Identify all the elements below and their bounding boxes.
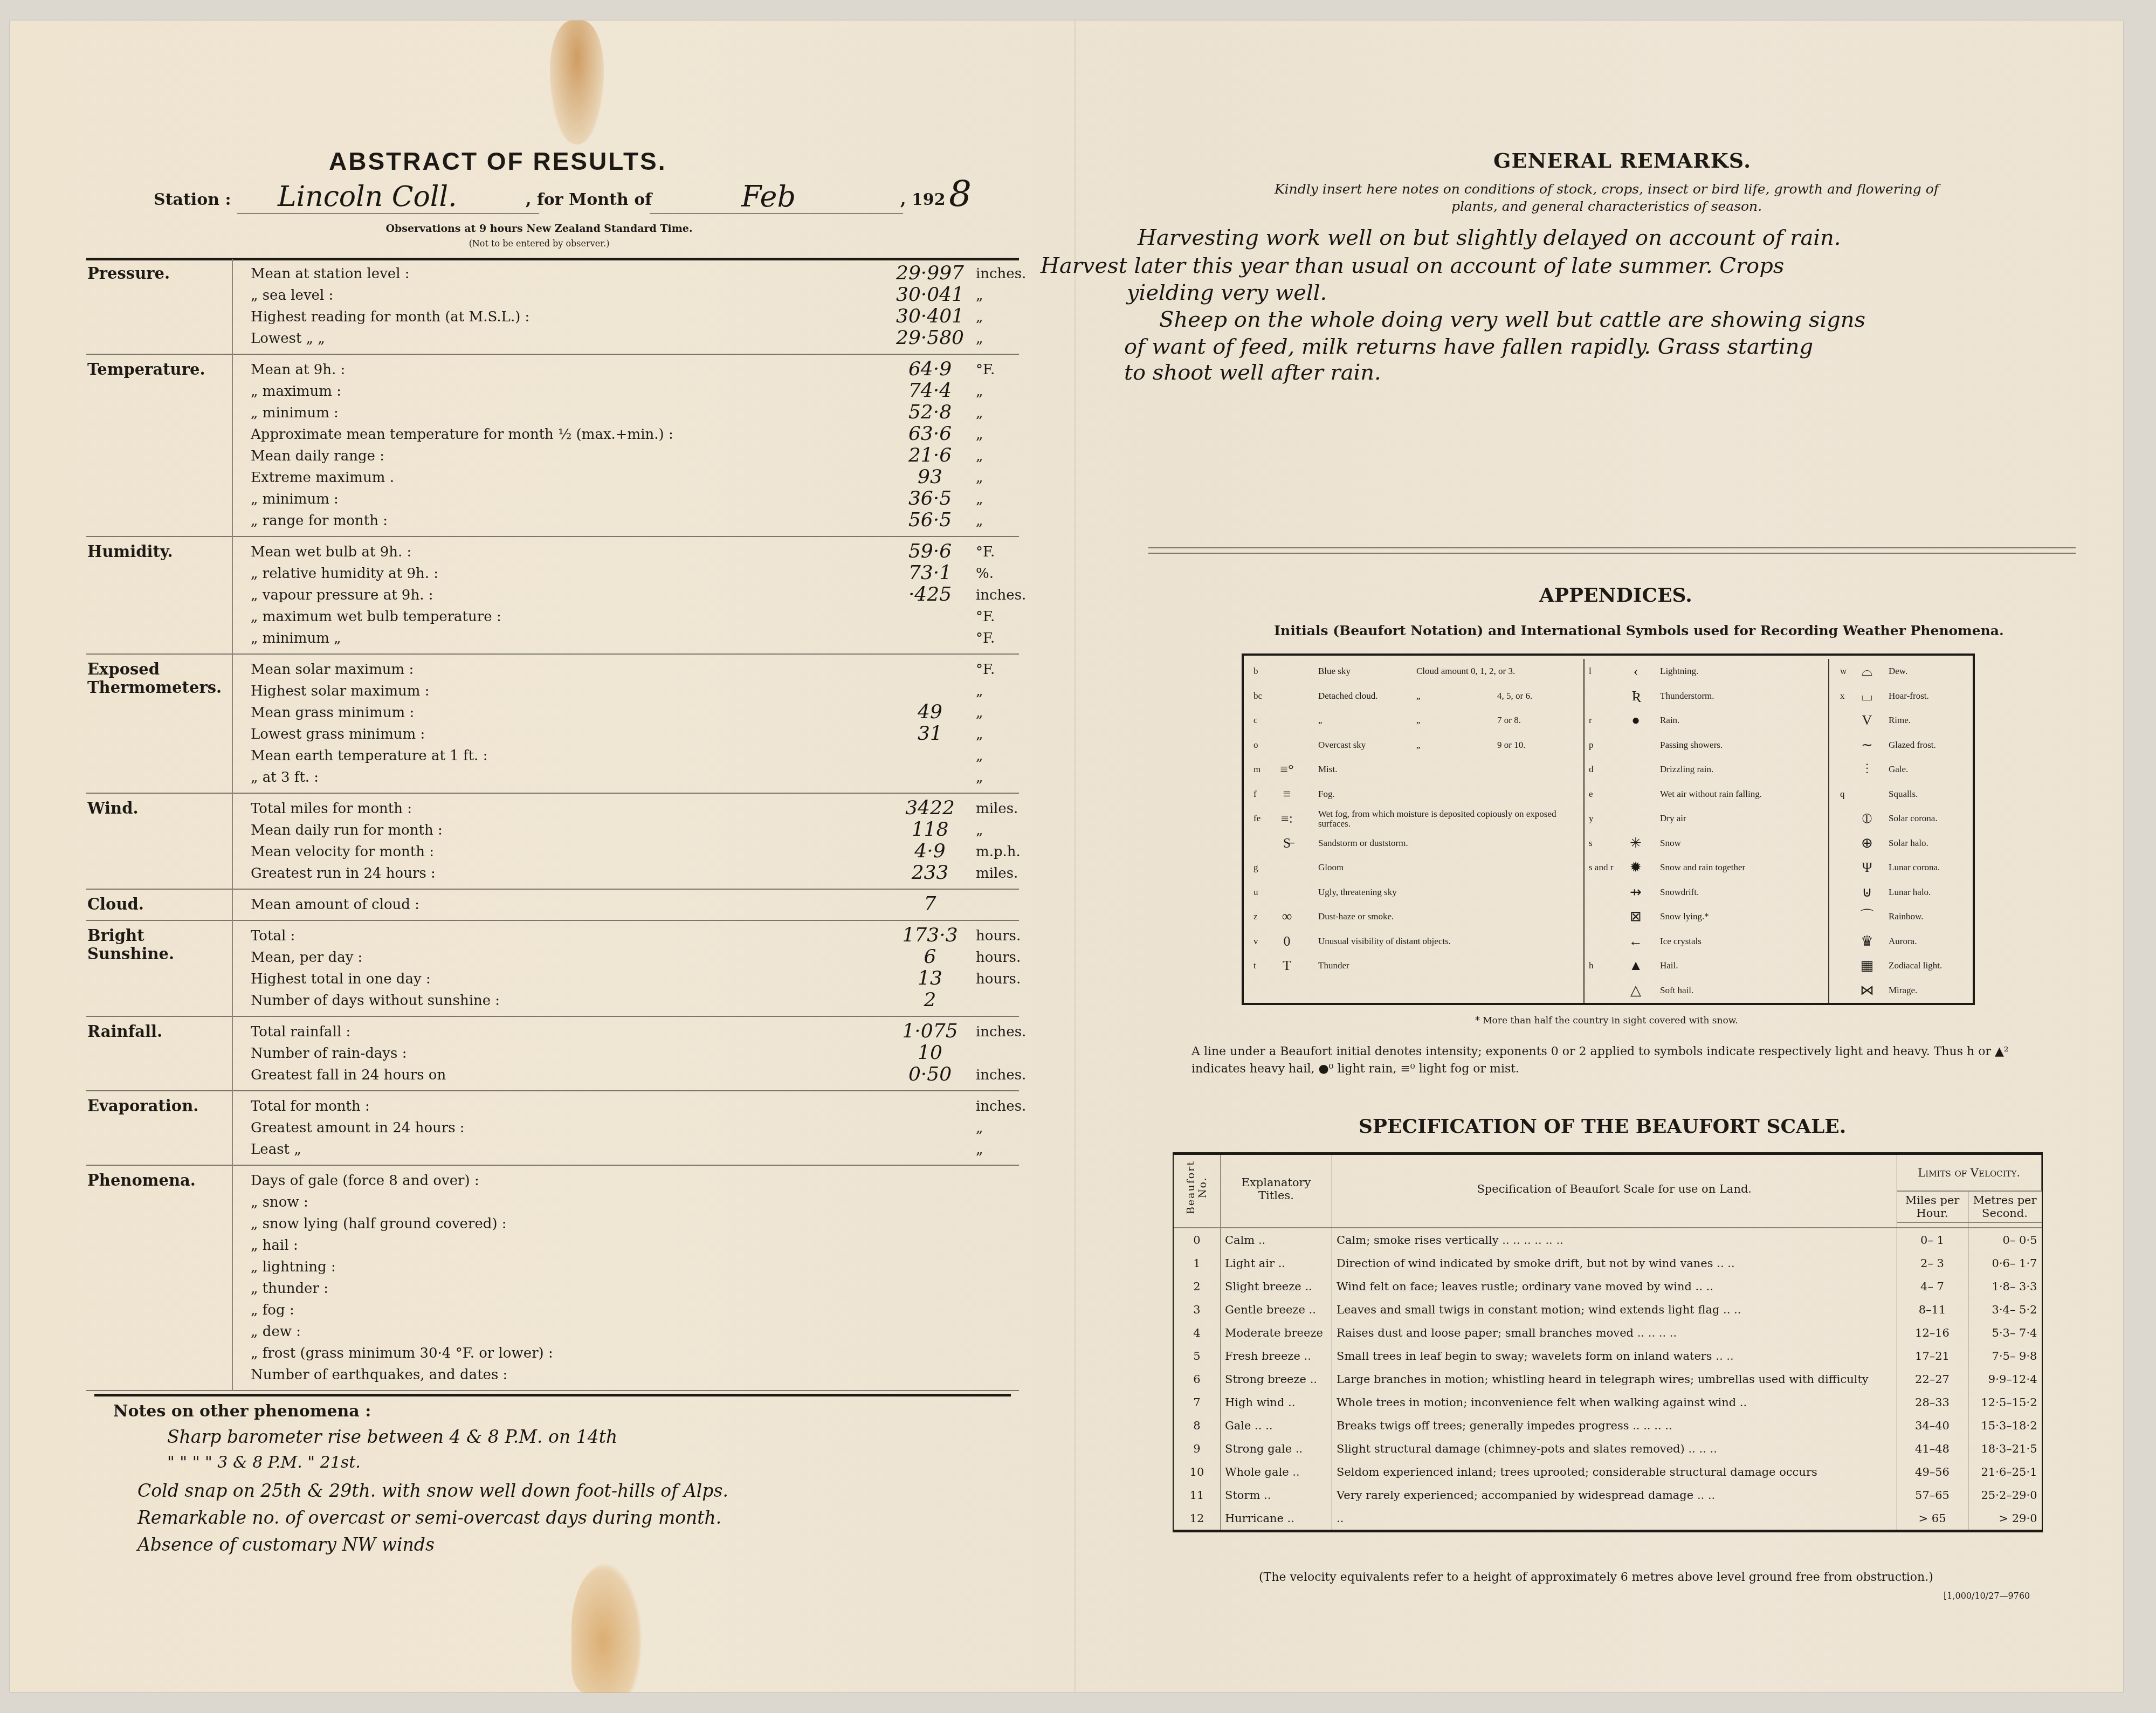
abstract-section: Wind.Total miles for month :3422miles.Me… (86, 794, 1019, 890)
abstract-row: Mean wet bulb at 9h. :59·6°F. (86, 541, 1019, 563)
symbol-description: Lightning. (1660, 659, 1698, 683)
symbol-description: Mirage. (1889, 978, 1917, 1002)
col-header-mps: Metres per Second. (1968, 1191, 2042, 1222)
abstract-row: Mean grass minimum :49„ (86, 702, 1019, 724)
row-label: Greatest amount in 24 hours : (251, 1117, 465, 1139)
row-label: „ minimum : (251, 489, 339, 510)
abstract-row: Least „„ (86, 1139, 1019, 1160)
beaufort-row: 1Light air ..Direction of wind indicated… (1174, 1251, 2042, 1275)
symbol-description: Soft hail. (1660, 978, 1693, 1002)
abstract-row: „ at 3 ft. :„ (86, 767, 1019, 788)
row-unit: „ (976, 745, 983, 767)
row-unit: inches. (976, 1096, 1026, 1117)
symbol-description: Snowdrift. (1660, 880, 1699, 904)
remarks-line[interactable]: yielding very well. (1127, 280, 1327, 305)
row-label: „ frost (grass minimum 30·4 °F. or lower… (251, 1343, 553, 1364)
symbol-row: w⌓Dew. (1829, 659, 1975, 684)
abstract-row: „ minimum „°F. (86, 628, 1019, 649)
row-unit: inches. (976, 1021, 1026, 1043)
hail-icon: ▲ (1622, 953, 1649, 978)
row-label: „ relative humidity at 9h. : (251, 563, 438, 584)
row-label: „ sea level : (251, 285, 333, 306)
beaufort-row: 5Fresh breeze ..Small trees in leaf begi… (1174, 1344, 2042, 1367)
beaufort-mps: 12·5–15·2 (1968, 1391, 2042, 1414)
symbol-description: Rainbow. (1889, 904, 1924, 928)
aurora-icon: ♛ (1854, 929, 1881, 953)
beaufort-initial: q (1840, 782, 1845, 806)
month-value[interactable]: Feb (741, 180, 796, 214)
beaufort-initial: bc (1253, 684, 1262, 708)
beaufort-row: 0Calm ..Calm; smoke rises vertically .. … (1174, 1228, 2042, 1251)
beaufort-row: 11Storm ..Very rarely experienced; accom… (1174, 1483, 2042, 1506)
abstract-row: „ sea level :30·041„ (86, 285, 1019, 306)
remarks-line[interactable]: Harvest later this year than usual on ac… (1041, 253, 1784, 278)
water-stain-top (550, 20, 604, 145)
abstract-row: Mean amount of cloud :7 (86, 894, 1019, 916)
snow-rain-icon: ✹ (1622, 855, 1649, 879)
beaufort-mps: 18·3–21·5 (1968, 1437, 2042, 1460)
symbol-row: △Soft hail. (1585, 978, 1828, 1003)
station-line: Station : Lincoln Coll. , for Month of F… (154, 186, 1016, 218)
notes-line[interactable]: " " " " 3 & 8 P.M. " 21st. (167, 1453, 361, 1472)
abstract-row: Days of gale (force 8 and over) : (86, 1170, 1019, 1192)
beaufort-number: 0 (1174, 1228, 1221, 1251)
row-value[interactable]: 29·997 (876, 263, 984, 284)
beaufort-title: Gale .. .. (1221, 1414, 1332, 1437)
abstract-section: Phenomena.Days of gale (force 8 and over… (86, 1166, 1019, 1391)
abstract-row: Mean earth temperature at 1 ft. :„ (86, 745, 1019, 767)
row-value[interactable]: 2 (876, 990, 984, 1010)
abstract-section: Temperature.Mean at 9h. :64·9°F.„ maximu… (86, 355, 1019, 537)
row-label: Highest reading for month (at M.S.L.) : (251, 306, 529, 328)
beaufort-spec: Small trees in leaf begin to sway; wavel… (1332, 1344, 1897, 1367)
row-value[interactable]: 93 (876, 467, 984, 487)
symbol-description: Ice crystals (1660, 929, 1702, 953)
symbol-row: dDrizzling rain. (1585, 757, 1828, 782)
row-label: Mean solar maximum : (251, 659, 414, 680)
symbol-description: Fog. (1318, 782, 1335, 806)
row-unit: „ (976, 702, 983, 724)
mist-icon: ≡° (1273, 757, 1300, 781)
abstract-row: Number of earthquakes, and dates : (86, 1364, 1019, 1386)
abstract-row: Number of rain-days :10 (86, 1043, 1019, 1064)
abstract-row: „ snow lying (half ground covered) : (86, 1213, 1019, 1235)
beaufort-number: 10 (1174, 1460, 1221, 1483)
row-value[interactable]: 29·580 (876, 328, 984, 348)
beaufort-initial: d (1589, 757, 1594, 781)
symbol-row: eWet air without rain falling. (1585, 782, 1828, 807)
row-value[interactable]: 4·9 (876, 841, 984, 862)
beaufort-spec: .. (1332, 1506, 1897, 1530)
symbol-row: s✳Snow (1585, 831, 1828, 856)
abstract-row: Mean, per day :6hours. (86, 947, 1019, 968)
row-value[interactable]: 30·041 (876, 285, 984, 305)
row-unit: „ (976, 1117, 983, 1139)
row-value[interactable]: 10 (876, 1043, 984, 1063)
row-value[interactable]: 3422 (876, 798, 984, 818)
row-value[interactable]: 63·6 (876, 424, 984, 444)
dew-icon: ⌓ (1854, 659, 1881, 683)
symbol-description: Hail. (1660, 953, 1678, 978)
abstract-section: Exposed Thermometers.Mean solar maximum … (86, 655, 1019, 794)
beaufort-number: 9 (1174, 1437, 1221, 1460)
beaufort-row: 9Strong gale ..Slight structural damage … (1174, 1437, 2042, 1460)
symbol-row: fe≡:Wet fog, from which moisture is depo… (1244, 806, 1583, 831)
remarks-line[interactable]: Sheep on the whole doing very well but c… (1159, 307, 1865, 332)
beaufort-spec: Whole trees in motion; inconvenience fel… (1332, 1391, 1897, 1414)
symbol-row: oOvercast sky„9 or 10. (1244, 733, 1583, 758)
row-label: „ range for month : (251, 510, 388, 532)
cloud-amount-range: 7 or 8. (1497, 708, 1521, 732)
not-entered-note: (Not to be entered by observer.) (0, 238, 1078, 249)
beaufort-title: Hurricane .. (1221, 1506, 1332, 1530)
symbol-description: Sandstorm or duststorm. (1318, 831, 1408, 855)
notes-line[interactable]: Sharp barometer rise between 4 & 8 P.M. … (167, 1426, 617, 1447)
row-label: Total miles for month : (251, 798, 412, 820)
row-label: Highest total in one day : (251, 968, 431, 990)
snowdrift-icon: ⇸ (1622, 880, 1649, 904)
row-label: „ snow lying (half ground covered) : (251, 1213, 507, 1235)
row-unit: %. (976, 563, 994, 584)
beaufort-row: 12Hurricane ....> 65> 29·0 (1174, 1506, 2042, 1530)
beaufort-row: 8Gale .. ..Breaks twigs off trees; gener… (1174, 1414, 2042, 1437)
beaufort-number: 5 (1174, 1344, 1221, 1367)
solar-corona-icon: ⦶ (1854, 806, 1881, 830)
beaufort-spec: Seldom experienced inland; trees uproote… (1332, 1460, 1897, 1483)
row-unit: miles. (976, 798, 1018, 820)
appendices-subtitle: Initials (Beaufort Notation) and Interna… (1197, 623, 2081, 638)
abstract-row: „ hail : (86, 1235, 1019, 1256)
remarks-line[interactable]: to shoot well after rain. (1124, 360, 1381, 385)
row-value[interactable]: 233 (876, 863, 984, 883)
print-code: [1,000/10/27—9760 (1944, 1591, 2030, 1601)
row-unit: „ (976, 402, 983, 424)
row-label: „ minimum : (251, 402, 339, 424)
row-unit: °F. (976, 359, 995, 381)
soft-hail-icon: △ (1622, 978, 1649, 1002)
beaufort-initial: f (1253, 782, 1257, 806)
beaufort-mps: 21·6–25·1 (1968, 1460, 2042, 1483)
symbol-description: Blue sky (1318, 659, 1351, 683)
abstract-row: Mean daily range :21·6„ (86, 445, 1019, 467)
row-label: Lowest grass minimum : (251, 724, 425, 745)
symbol-row: z∞Dust-haze or smoke. (1244, 904, 1583, 929)
row-unit: „ (976, 306, 983, 328)
station-value[interactable]: Lincoln Coll. (278, 181, 457, 213)
row-value[interactable]: 73·1 (876, 563, 984, 583)
beaufort-initial: o (1253, 733, 1258, 757)
symbol-description: Snow lying.* (1660, 904, 1709, 928)
observations-note: Observations at 9 hours New Zealand Stan… (0, 223, 1078, 235)
beaufort-row: 4Moderate breezeRaises dust and loose pa… (1174, 1321, 2042, 1344)
row-label: Mean earth temperature at 1 ft. : (251, 745, 487, 767)
symbol-description: Rime. (1889, 708, 1911, 732)
beaufort-number: 12 (1174, 1506, 1221, 1530)
beaufort-table: Beaufort No. Explanatory Titles. Specifi… (1173, 1152, 2043, 1532)
beaufort-mps: 0– 0·5 (1968, 1228, 2042, 1251)
row-value[interactable]: 49 (876, 702, 984, 723)
row-value[interactable]: 1·075 (876, 1021, 984, 1042)
symbol-row: VRime. (1829, 708, 1975, 733)
row-label: Greatest run in 24 hours : (251, 863, 436, 884)
symbol-row: bBlue skyCloud amount 0, 1, 2, or 3. (1244, 659, 1583, 684)
row-value[interactable]: 59·6 (876, 541, 984, 562)
row-value[interactable]: 118 (876, 820, 984, 840)
symbol-row: yDry air (1585, 806, 1828, 831)
symbol-description: Dust-haze or smoke. (1318, 904, 1394, 928)
rain-icon: ● (1622, 708, 1649, 732)
symbol-row: qSqualls. (1829, 782, 1975, 807)
fog-icon: ≡ (1273, 782, 1300, 806)
water-stain-bottom (571, 1564, 642, 1693)
zodiacal-light-icon: ▦ (1854, 953, 1881, 978)
abstract-row: Approximate mean temperature for month ½… (86, 424, 1019, 445)
beaufort-title: Strong breeze .. (1221, 1367, 1332, 1391)
symbol-row: s and r✹Snow and rain together (1585, 855, 1828, 880)
row-label: „ lightning : (251, 1256, 336, 1278)
beaufort-title: Whole gale .. (1221, 1460, 1332, 1483)
beaufort-mph: 49–56 (1897, 1460, 1968, 1483)
symbol-row: m≡°Mist. (1244, 757, 1583, 782)
row-value[interactable]: 36·5 (876, 489, 984, 509)
year-value[interactable]: 8 (949, 173, 972, 215)
beaufort-mph: 4– 7 (1897, 1275, 1968, 1298)
beaufort-title: Gentle breeze .. (1221, 1298, 1332, 1321)
row-label: Mean at 9h. : (251, 359, 345, 381)
row-unit: inches. (976, 584, 1026, 606)
abstract-row: Total for month :inches. (86, 1096, 1019, 1117)
beaufort-mph: > 65 (1897, 1506, 1968, 1530)
row-label: Lowest „ „ (251, 328, 325, 349)
notes-title: Notes on other phenomena : (113, 1402, 371, 1421)
row-label: „ hail : (251, 1235, 298, 1256)
symbol-row: c„„7 or 8. (1244, 708, 1583, 733)
symbol-description: Thunderstorm. (1660, 684, 1714, 708)
visibility-icon: 0 (1273, 929, 1300, 953)
abstract-row: „ vapour pressure at 9h. :·425inches. (86, 584, 1019, 606)
row-label: „ minimum „ (251, 628, 341, 649)
row-label: Highest solar maximum : (251, 680, 430, 702)
row-label: „ at 3 ft. : (251, 767, 319, 788)
abstract-title: ABSTRACT OF RESULTS. (329, 147, 666, 176)
abstract-section: Rainfall.Total rainfall :1·075inches.Num… (86, 1017, 1019, 1091)
symbol-description: Solar corona. (1889, 806, 1938, 830)
beaufort-initial: r (1589, 708, 1592, 732)
rime-icon: V (1854, 708, 1881, 732)
cloud-amount-range: 9 or 10. (1497, 733, 1525, 757)
symbol-row: ⋈Mirage. (1829, 978, 1975, 1003)
wet-fog-icon: ≡: (1273, 806, 1300, 830)
abstract-row: Number of days without sunshine :2 (86, 990, 1019, 1012)
row-label: Mean daily range : (251, 445, 384, 467)
row-label: Mean wet bulb at 9h. : (251, 541, 411, 563)
symbol-row: uUgly, threatening sky (1244, 880, 1583, 905)
beaufort-initial: p (1589, 733, 1594, 757)
symbol-description: Thunder (1318, 953, 1349, 978)
beaufort-number: 11 (1174, 1483, 1221, 1506)
beaufort-mph: 2– 3 (1897, 1251, 1968, 1275)
abstract-row: Mean daily run for month :118„ (86, 820, 1019, 841)
row-unit: „ (976, 724, 983, 745)
col-header-spec: Specification of Beaufort Scale for use … (1332, 1155, 1897, 1222)
row-unit: „ (976, 424, 983, 445)
beaufort-mph: 12–16 (1897, 1321, 1968, 1344)
symbol-description: Rain. (1660, 708, 1679, 732)
notes-line[interactable]: Remarkable no. of overcast or semi-overc… (137, 1507, 721, 1528)
beaufort-row: 7High wind ..Whole trees in motion; inco… (1174, 1391, 2042, 1414)
beaufort-mps: 25·2–29·0 (1968, 1483, 2042, 1506)
row-value[interactable]: 52·8 (876, 402, 984, 423)
symbols-column-2: l‹Lightning.ƦThunderstorm.r●Rain.pPassin… (1585, 659, 1829, 1003)
abstract-row: „ frost (grass minimum 30·4 °F. or lower… (86, 1343, 1019, 1364)
row-value[interactable]: 74·4 (876, 381, 984, 401)
symbol-row: h▲Hail. (1585, 953, 1828, 978)
abstract-row: Highest total in one day :13hours. (86, 968, 1019, 990)
row-label: Total rainfall : (251, 1021, 350, 1043)
row-label: Mean amount of cloud : (251, 894, 419, 916)
beaufort-mps: 1·8– 3·3 (1968, 1275, 2042, 1298)
row-value[interactable]: 6 (876, 947, 984, 967)
symbol-description: „ (1318, 708, 1322, 732)
beaufort-mph: 8–11 (1897, 1298, 1968, 1321)
month-label: , for Month of (526, 190, 652, 209)
beaufort-title: Fresh breeze .. (1221, 1344, 1332, 1367)
beaufort-title: Calm .. (1221, 1228, 1332, 1251)
beaufort-initial: w (1840, 659, 1847, 683)
row-value[interactable]: 31 (876, 724, 984, 744)
symbol-description: Passing showers. (1660, 733, 1723, 757)
symbol-row: bcDetached cloud.„4, 5, or 6. (1244, 684, 1583, 708)
beaufort-title: High wind .. (1221, 1391, 1332, 1414)
hoar-frost-icon: ⌴ (1854, 684, 1881, 708)
symbol-row: ⫶Gale. (1829, 757, 1975, 782)
row-unit: hours. (976, 947, 1021, 968)
beaufort-mps: > 29·0 (1968, 1506, 2042, 1530)
symbol-description: Gloom (1318, 855, 1344, 879)
symbol-row: v0Unusual visibility of distant objects. (1244, 929, 1583, 954)
beaufort-footnote: (The velocity equivalents refer to a hei… (1259, 1571, 1933, 1584)
row-value[interactable]: 7 (876, 894, 984, 914)
notes-line[interactable]: Absence of customary NW winds (137, 1534, 435, 1555)
symbol-row: tTThunder (1244, 953, 1583, 978)
beaufort-number: 6 (1174, 1367, 1221, 1391)
beaufort-mph: 0– 1 (1897, 1228, 1968, 1251)
symbol-row: gGloom (1244, 855, 1583, 880)
col-header-titles: Explanatory Titles. (1221, 1155, 1332, 1222)
row-unit: m.p.h. (976, 841, 1021, 863)
appendices-title: APPENDICES. (1539, 584, 1692, 607)
symbol-row: ƦThunderstorm. (1585, 684, 1828, 708)
abstract-row: Highest reading for month (at M.S.L.) :3… (86, 306, 1019, 328)
beaufort-mps: 9·9–12·4 (1968, 1367, 2042, 1391)
abstract-row: Greatest amount in 24 hours :„ (86, 1117, 1019, 1139)
lunar-halo-icon: ⊍ (1854, 880, 1881, 904)
beaufort-initial: s and r (1589, 855, 1613, 879)
abstract-row: Lowest „ „29·580„ (86, 328, 1019, 349)
row-label: Number of days without sunshine : (251, 990, 500, 1012)
symbol-description: Squalls. (1889, 782, 1918, 806)
general-remarks-title: GENERAL REMARKS. (1493, 148, 1751, 173)
beaufort-mph: 41–48 (1897, 1437, 1968, 1460)
abstract-row: „ minimum :52·8„ (86, 402, 1019, 424)
abstract-row: „ dew : (86, 1321, 1019, 1343)
row-value[interactable]: 21·6 (876, 445, 984, 466)
notes-line[interactable]: Cold snap on 25th & 29th. with snow well… (137, 1480, 728, 1501)
beaufort-mps: 3·4– 5·2 (1968, 1298, 2042, 1321)
beaufort-number: 4 (1174, 1321, 1221, 1344)
row-value[interactable]: 0·50 (876, 1064, 984, 1085)
row-label: Mean at station level : (251, 263, 410, 285)
row-value[interactable]: 30·401 (876, 306, 984, 327)
abstract-row: „ maximum wet bulb temperature :°F. (86, 606, 1019, 628)
cloud-amount-note: „ (1416, 708, 1421, 732)
row-label: Least „ (251, 1139, 301, 1160)
thunderstorm-icon: Ʀ (1622, 684, 1649, 708)
row-label: „ dew : (251, 1321, 301, 1343)
beaufort-spec: Wind felt on face; leaves rustle; ordina… (1332, 1275, 1897, 1298)
beaufort-initial: fe (1253, 806, 1260, 830)
beaufort-row: 10Whole gale ..Seldom experienced inland… (1174, 1460, 2042, 1483)
beaufort-title: Slight breeze .. (1221, 1275, 1332, 1298)
beaufort-initial: e (1589, 782, 1593, 806)
symbol-description: Glazed frost. (1889, 733, 1936, 757)
abstract-section: Bright Sunshine.Total :173·3hours.Mean, … (86, 921, 1019, 1017)
symbol-description: Solar halo. (1889, 831, 1928, 855)
remarks-line[interactable]: Harvesting work well on but slightly del… (1138, 225, 1841, 250)
abstract-bottom-rule (94, 1394, 1011, 1396)
beaufort-initial: l (1589, 659, 1592, 683)
symbol-row: ♛Aurora. (1829, 929, 1975, 954)
row-value[interactable]: 173·3 (876, 925, 984, 946)
snow-icon: ✳ (1622, 831, 1649, 855)
row-value[interactable]: 56·5 (876, 510, 984, 531)
abstract-row: „ lightning : (86, 1256, 1019, 1278)
beaufort-row: 2Slight breeze ..Wind felt on face; leav… (1174, 1275, 2042, 1298)
beaufort-initial: z (1253, 904, 1258, 928)
beaufort-number: 8 (1174, 1414, 1221, 1437)
beaufort-number: 1 (1174, 1251, 1221, 1275)
symbol-description: Wet fog, from which moisture is deposite… (1318, 809, 1577, 829)
abstract-row: Greatest fall in 24 hours on0·50inches. (86, 1064, 1019, 1086)
thunder-icon: T (1273, 953, 1300, 978)
intensity-note: A line under a Beaufort initial denotes … (1191, 1043, 2033, 1078)
abstract-row: Mean velocity for month :4·9m.p.h. (86, 841, 1019, 863)
symbol-description: Drizzling rain. (1660, 757, 1713, 781)
beaufort-row: 3Gentle breeze ..Leaves and small twigs … (1174, 1298, 2042, 1321)
row-label: Mean velocity for month : (251, 841, 434, 863)
abstract-row: Total :173·3hours. (86, 925, 1019, 947)
row-value[interactable]: 64·9 (876, 359, 984, 380)
beaufort-mps: 15·3–18·2 (1968, 1414, 2042, 1437)
symbol-description: Overcast sky (1318, 733, 1366, 757)
symbol-row: x⌴Hoar-frost. (1829, 684, 1975, 708)
row-value[interactable]: 13 (876, 968, 984, 989)
row-unit: „ (976, 489, 983, 510)
symbol-row: ▦Zodiacal light. (1829, 953, 1975, 978)
beaufort-mph: 57–65 (1897, 1483, 1968, 1506)
row-label: Mean grass minimum : (251, 702, 414, 724)
row-label: „ vapour pressure at 9h. : (251, 584, 433, 606)
beaufort-initial: u (1253, 880, 1258, 904)
abstract-row: Total rainfall :1·075inches. (86, 1021, 1019, 1043)
remarks-line[interactable]: of want of feed, milk returns have falle… (1124, 334, 1813, 359)
abstract-table: Pressure.Mean at station level :29·997in… (86, 259, 1019, 1391)
row-value[interactable]: ·425 (876, 584, 984, 605)
general-remarks-subtitle: Kindly insert here notes on conditions o… (1256, 181, 1957, 215)
symbol-description: Wet air without rain falling. (1660, 782, 1762, 806)
beaufort-initial: s (1589, 831, 1593, 855)
beaufort-spec: Slight structural damage (chimney-pots a… (1332, 1437, 1897, 1460)
